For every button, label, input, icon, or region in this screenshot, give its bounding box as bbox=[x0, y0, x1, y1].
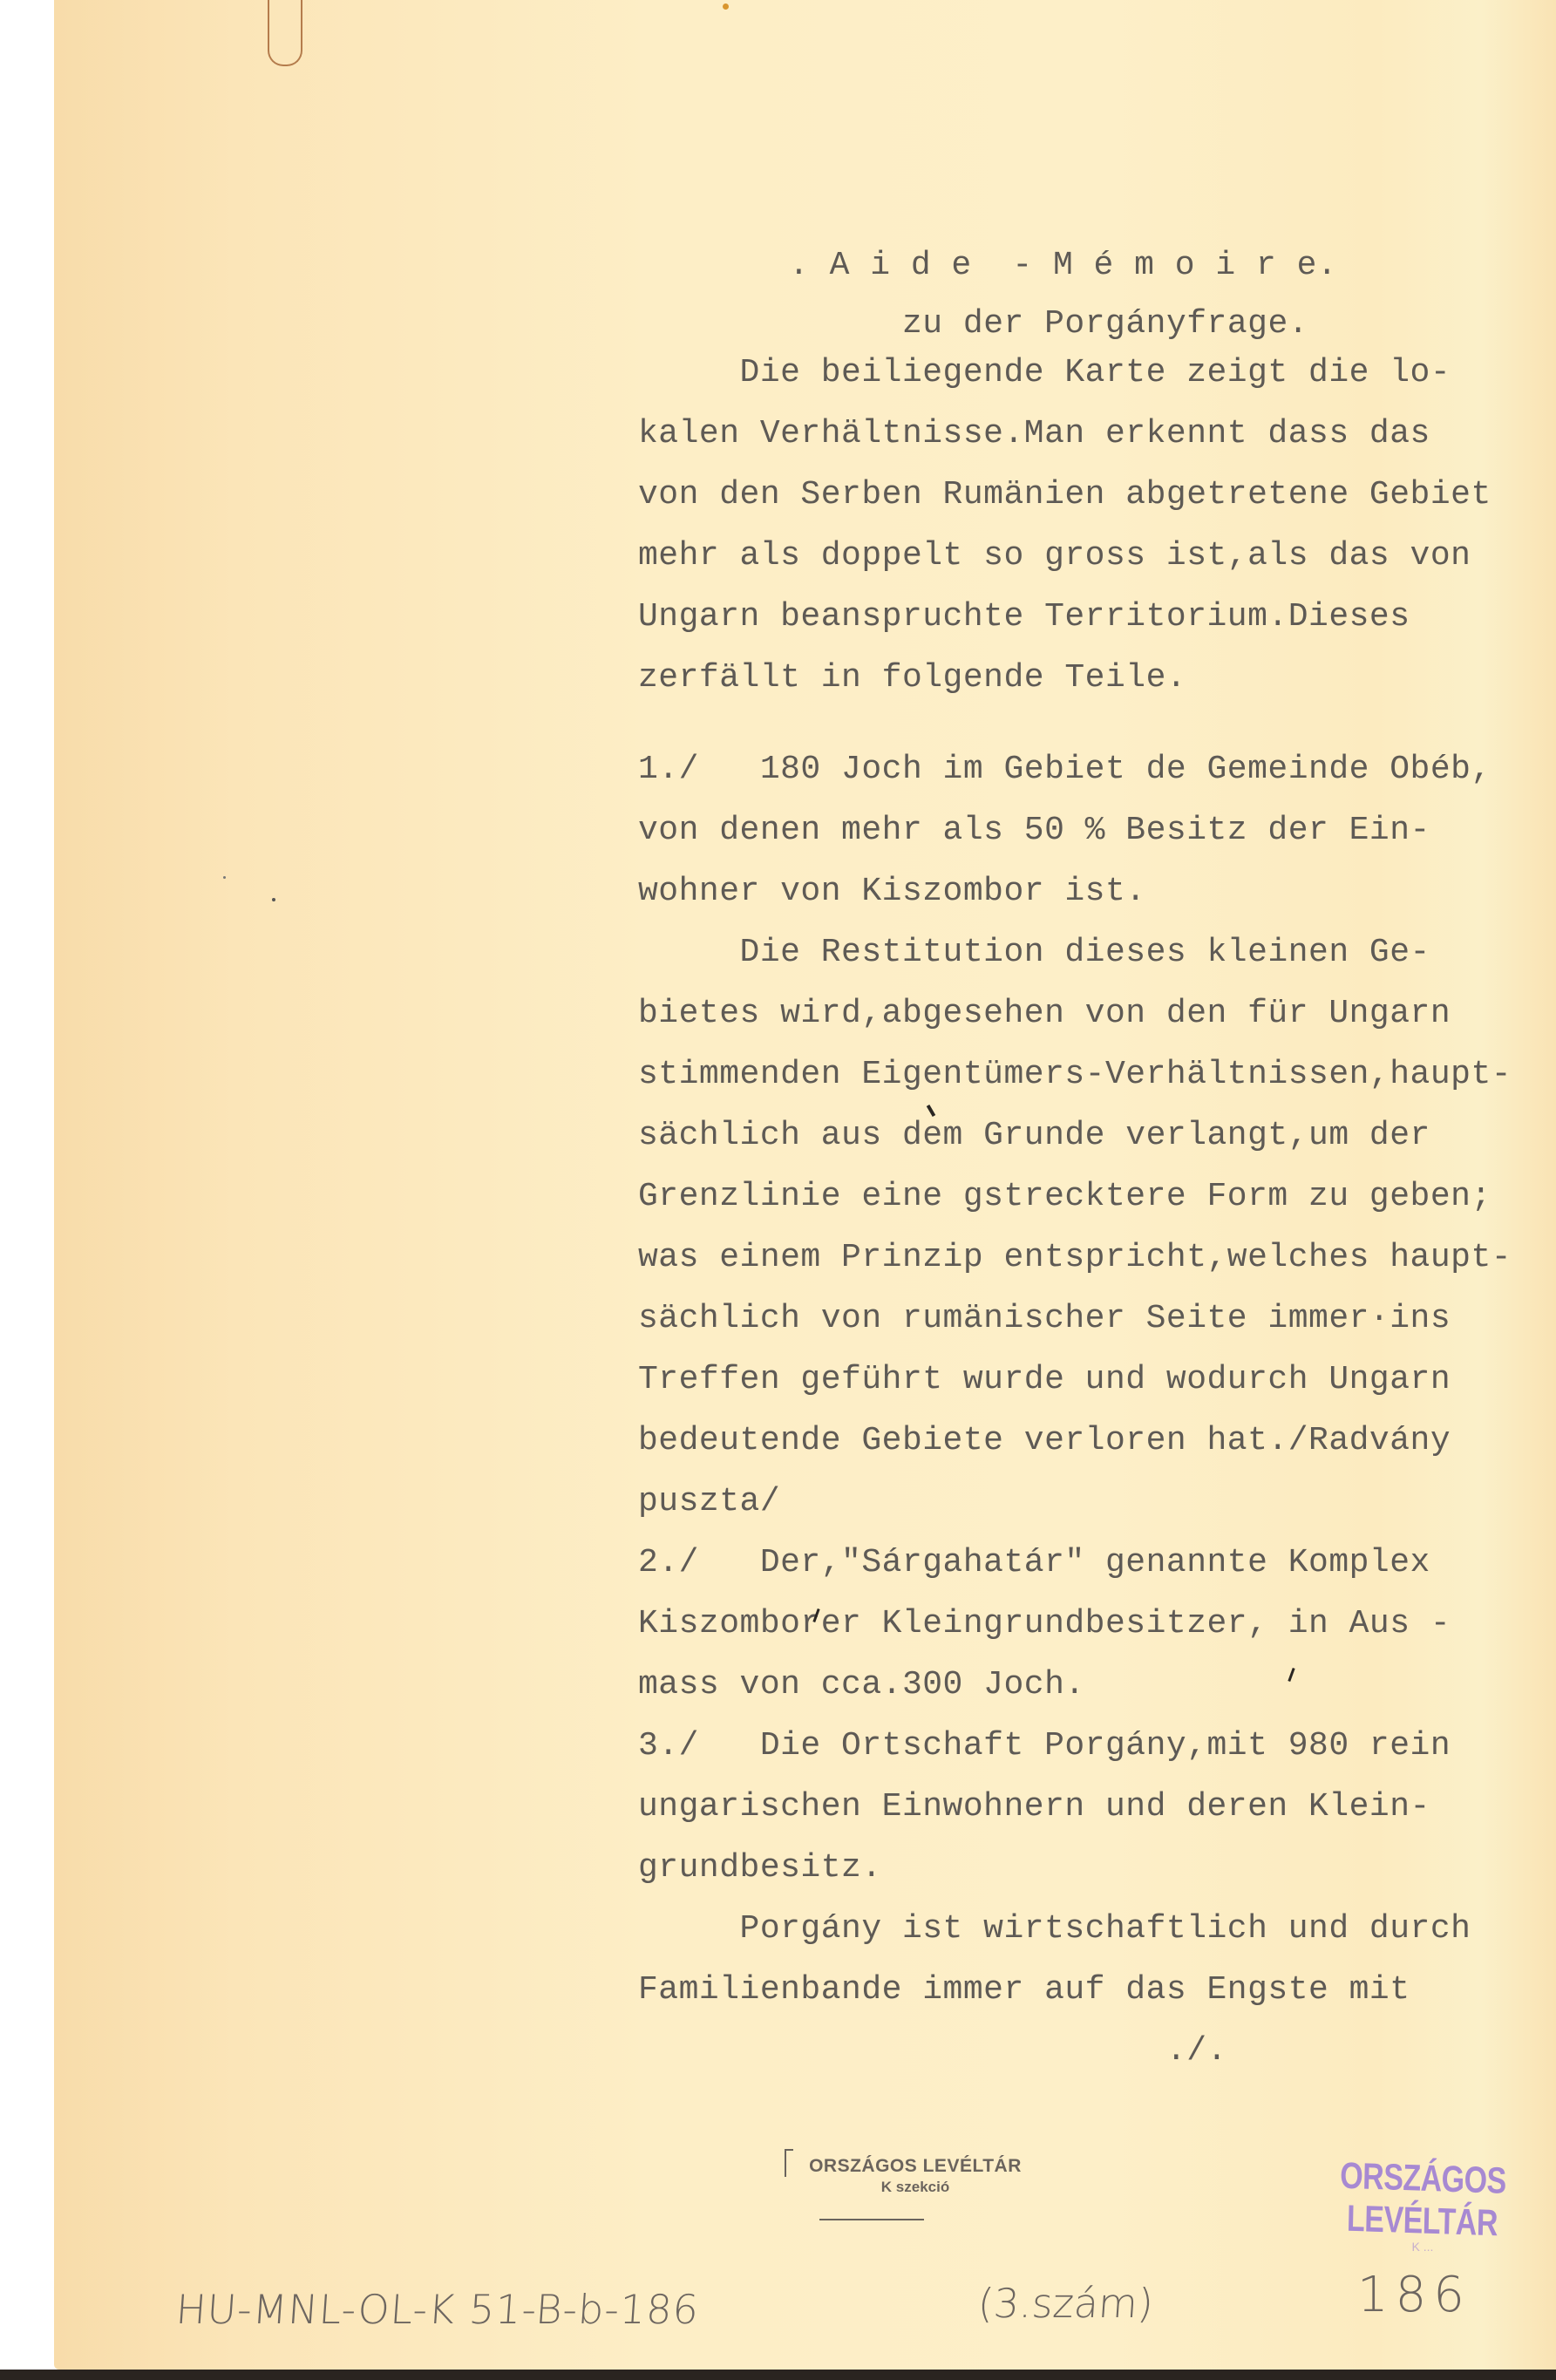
text-line: wohner von Kiszombor ist. bbox=[638, 873, 1146, 911]
text-line: sächlich aus dem Grunde verlangt,um der bbox=[638, 1117, 1430, 1155]
document-page: . A i d e - M é m o i r e. zu der Porgán… bbox=[54, 0, 1556, 2370]
text-line: bedeutende Gebiete verloren hat./Radvány bbox=[638, 1422, 1451, 1460]
text-line: sächlich von rumänischer Seite immer·ins bbox=[638, 1300, 1451, 1338]
text-line: ungarischen Einwohnern und deren Klein- bbox=[638, 1788, 1430, 1826]
text-line: 2./ Der,"Sárgahatár" genannte Komplex bbox=[638, 1544, 1430, 1582]
text-line: was einem Prinzip entspricht,welches hau… bbox=[638, 1239, 1512, 1277]
document-title: . A i d e - M é m o i r e. bbox=[789, 247, 1337, 284]
text-line: Porgány ist wirtschaftlich und durch bbox=[638, 1910, 1471, 1948]
text-line: 3./ Die Ortschaft Porgány,mit 980 rein bbox=[638, 1727, 1451, 1765]
text-line: Grenzlinie eine gstrecktere Form zu gebe… bbox=[638, 1178, 1491, 1216]
text-line: von denen mehr als 50 % Besitz der Ein- bbox=[638, 812, 1430, 850]
text-line: Treffen geführt wurde und wodurch Ungarn bbox=[638, 1361, 1451, 1399]
text-line: Familienbande immer auf das Engste mit bbox=[638, 1971, 1410, 2009]
speck bbox=[272, 898, 275, 901]
stamp-line-2: K ... bbox=[1279, 2240, 1556, 2254]
stamp-line-2: K szekció bbox=[785, 2179, 1046, 2196]
stamp-line-1: ORSZÁGOS LEVÉLTÁR bbox=[785, 2156, 1046, 2177]
stamp-bracket bbox=[785, 2149, 793, 2177]
text-line: stimmenden Eigentümers-Verhältnissen,hau… bbox=[638, 1056, 1512, 1094]
paperclip-mark bbox=[268, 0, 302, 66]
page-number-handwritten: 186 bbox=[1357, 2267, 1471, 2323]
ink-correction-mark bbox=[927, 1105, 935, 1117]
text-line: bietes wird,abgesehen von den für Ungarn bbox=[638, 995, 1451, 1033]
text-line: Kiszomborer Kleingrundbesitzer, in Aus - bbox=[638, 1605, 1451, 1643]
text-line: puszta/ bbox=[638, 1483, 780, 1521]
text-line: 1./ 180 Joch im Gebiet de Gemeinde Obéb, bbox=[638, 751, 1491, 789]
stamp-underline bbox=[819, 2219, 924, 2220]
text-line: ./. bbox=[638, 2032, 1227, 2071]
text-line: Die beiliegende Karte zeigt die lo- bbox=[638, 354, 1451, 392]
archive-stamp-gray: ORSZÁGOS LEVÉLTÁR K szekció bbox=[785, 2149, 1046, 2227]
text-line: von den Serben Rumänien abgetretene Gebi… bbox=[638, 476, 1491, 514]
text-line: mass von cca.300 Joch. bbox=[638, 1666, 1085, 1704]
stain-spot bbox=[723, 3, 729, 10]
text-line: kalen Verhältnisse.Man erkennt dass das bbox=[638, 415, 1430, 453]
ink-comma-mark bbox=[1288, 1668, 1294, 1682]
text-line: mehr als doppelt so gross ist,als das vo… bbox=[638, 537, 1471, 575]
text-line: zerfällt in folgende Teile. bbox=[638, 659, 1186, 697]
archive-reference-handwritten: HU-MNL-OL-K 51-B-b-186 bbox=[174, 2286, 701, 2333]
text-line: Die Restitution dieses kleinen Ge- bbox=[638, 934, 1430, 972]
handwritten-note: (3.szám) bbox=[976, 2280, 1155, 2327]
stamp-line-1: ORSZÁGOS LEVÉLTÁR bbox=[1278, 2153, 1556, 2247]
text-line: grundbesitz. bbox=[638, 1849, 882, 1887]
scanner-bed-edge bbox=[0, 2370, 1556, 2380]
archive-stamp-purple: ORSZÁGOS LEVÉLTÁR K ... bbox=[1279, 2166, 1556, 2241]
speck bbox=[223, 876, 226, 879]
document-subtitle: zu der Porgányfrage. bbox=[902, 305, 1308, 343]
text-line: Ungarn beanspruchte Territorium.Dieses bbox=[638, 598, 1410, 636]
